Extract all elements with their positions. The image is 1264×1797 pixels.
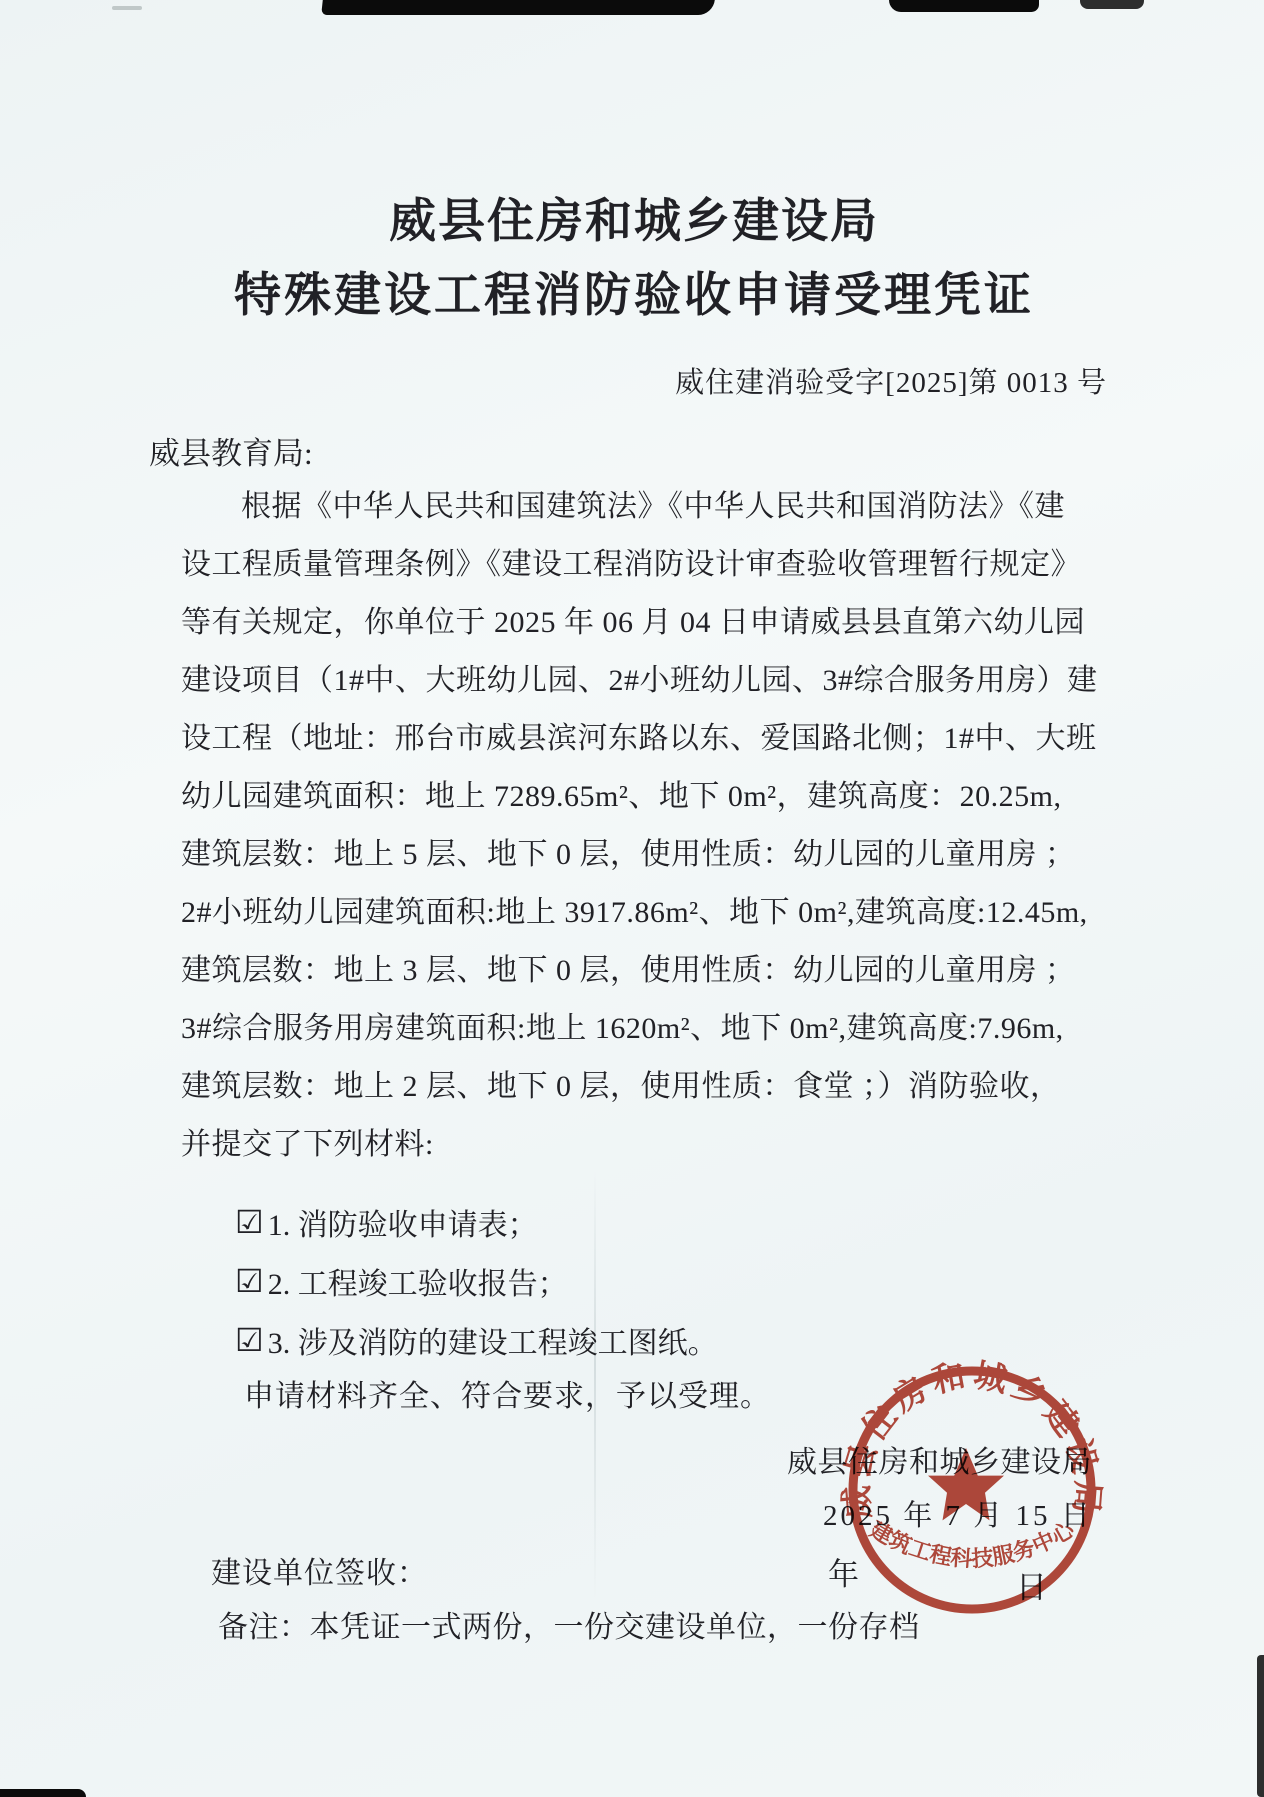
body-line: 3#综合服务用房建筑面积:地上 1620m²、地下 0m²,建筑高度:7.96m… <box>181 1000 1111 1058</box>
scan-artifact-top-edge <box>889 0 1039 12</box>
body-line: 等有关规定，你单位于 2025 年 06 月 04 日申请威县县直第六幼儿园 <box>181 594 1111 652</box>
issuing-authority-title: 威县住房和城乡建设局 <box>389 184 879 251</box>
body-line: 根据《中华人民共和国建筑法》《中华人民共和国消防法》《建 <box>181 478 1111 536</box>
body-line: 2#小班幼儿园建筑面积:地上 3917.86m²、地下 0m²,建筑高度:12.… <box>181 884 1111 942</box>
checklist-item-label: 1. 消防验收申请表； <box>268 1200 538 1244</box>
body-line: 设工程（地址：邢台市威县滨河东路以东、爱国路北侧；1#中、大班 <box>181 710 1111 768</box>
checklist-item-label: 3. 涉及消防的建设工程竣工图纸。 <box>268 1318 718 1362</box>
construction-unit-signoff-label: 建设单位签收： <box>211 1548 428 1592</box>
body-line: 并提交了下列材料: <box>181 1116 1111 1174</box>
stamp-star-icon <box>928 1448 1004 1520</box>
body-paragraph: 根据《中华人民共和国建筑法》《中华人民共和国消防法》《建 设工程质量管理条例》《… <box>181 478 1111 1174</box>
body-line: 建筑层数：地上 5 层、地下 0 层，使用性质：幼儿园的儿童用房 ； <box>181 826 1111 884</box>
list-item: ☑ 3. 涉及消防的建设工程竣工图纸。 <box>235 1310 718 1369</box>
body-line: 幼儿园建筑面积：地上 7289.65m²、地下 0m²，建筑高度：20.25m, <box>181 768 1111 826</box>
scan-artifact-bottom-left <box>0 1789 86 1797</box>
scanned-fire-inspection-acceptance-certificate: 威县住房和城乡建设局 特殊建设工程消防验收申请受理凭证 威住建消验受字[2025… <box>0 0 1264 1797</box>
checked-checkbox-icon: ☑ <box>235 1206 264 1238</box>
scan-artifact-top-edge <box>1080 0 1144 9</box>
stamp-bottom-text: 建筑工程科技服务中心 <box>866 1516 1080 1571</box>
official-red-stamp: 威县住房和城乡建设局 建筑工程科技服务中心 <box>807 1325 1137 1655</box>
list-item: ☑ 2. 工程竣工验收报告； <box>235 1251 718 1310</box>
scan-artifact-top-edge <box>321 0 715 15</box>
scan-artifact-right-edge <box>1257 1655 1264 1797</box>
svg-text:建筑工程科技服务中心: 建筑工程科技服务中心 <box>866 1516 1080 1571</box>
submitted-materials-list: ☑ 1. 消防验收申请表； ☑ 2. 工程竣工验收报告； ☑ 3. 涉及消防的建… <box>235 1192 718 1369</box>
body-line: 建设项目（1#中、大班幼儿园、2#小班幼儿园、3#综合服务用房）建 <box>181 652 1111 710</box>
checked-checkbox-icon: ☑ <box>235 1324 264 1356</box>
scan-smudge <box>112 6 142 10</box>
checklist-item-label: 2. 工程竣工验收报告； <box>268 1259 568 1303</box>
body-line: 建筑层数：地上 2 层、地下 0 层，使用性质：食堂 ；）消防验收， <box>181 1058 1111 1116</box>
body-line: 建筑层数：地上 3 层、地下 0 层，使用性质：幼儿园的儿童用房 ； <box>181 942 1111 1000</box>
acceptance-statement: 申请材料齐全、符合要求，予以受理。 <box>244 1371 771 1415</box>
list-item: ☑ 1. 消防验收申请表； <box>235 1192 718 1251</box>
document-title: 特殊建设工程消防验收申请受理凭证 <box>234 258 1034 325</box>
checked-checkbox-icon: ☑ <box>235 1265 264 1297</box>
body-line: 设工程质量管理条例》《建设工程消防设计审查验收管理暂行规定》 <box>181 536 1111 594</box>
addressee: 威县教育局: <box>149 428 313 473</box>
reference-number: 威住建消验受字[2025]第 0013 号 <box>675 360 1107 401</box>
